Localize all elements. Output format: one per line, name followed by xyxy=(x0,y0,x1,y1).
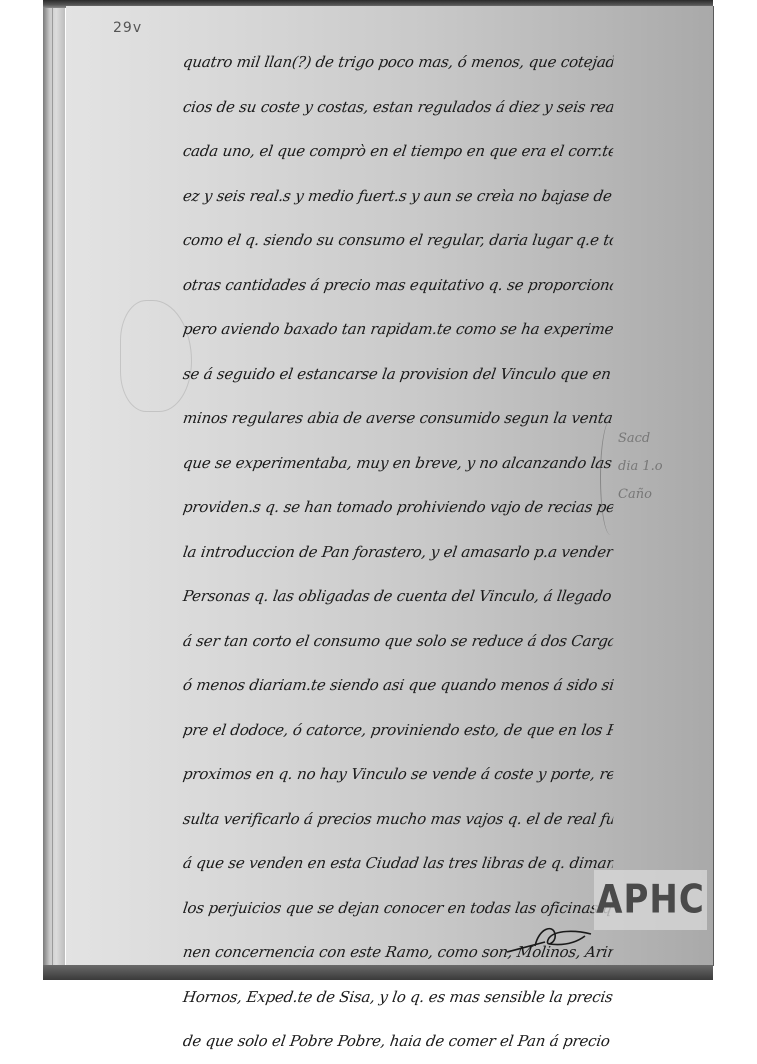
text-line: cios de su coste y costas, estan regulad… xyxy=(180,85,616,130)
manuscript-scan: 29v quatro mil llan(?) de trigo poco mas… xyxy=(0,0,757,980)
text-line: providen.s q. se han tomado prohiviendo … xyxy=(180,485,616,530)
text-line: cada uno, el que comprò en el tiempo en … xyxy=(180,129,616,174)
text-line: como el q. siendo su consumo el regular,… xyxy=(180,218,616,263)
page-bottom-edge xyxy=(43,965,713,980)
text-line: se á seguido el estancarse la provision … xyxy=(180,352,616,397)
margin-note-line: Caño xyxy=(618,481,688,509)
margin-note-line: Sacd xyxy=(618,425,688,453)
text-line: pero aviendo baxado tan rapidam.te como … xyxy=(180,307,616,352)
text-line: proximos en q. no hay Vinculo se vende á… xyxy=(180,752,616,797)
text-line: la introduccion de Pan forastero, y el a… xyxy=(180,530,616,575)
aphc-watermark: APHC xyxy=(594,870,707,930)
margin-note-line: dia 1.o xyxy=(618,453,688,481)
text-line: sulta verificarlo á precios mucho mas va… xyxy=(180,797,616,842)
text-line: minos regulares abia de averse consumido… xyxy=(180,396,616,441)
text-line: ó menos diariam.te siendo asi que quando… xyxy=(180,663,616,708)
margin-note: Sacd dia 1.o Caño xyxy=(618,425,688,509)
text-line: Personas q. las obligadas de cuenta del … xyxy=(180,574,616,619)
manuscript-text: quatro mil llan(?) de trigo poco mas, ó … xyxy=(183,40,613,980)
text-line: á que se venden en esta Ciudad las tres … xyxy=(180,841,616,886)
watermark-text: APHC xyxy=(596,877,705,923)
text-line: ez y seis real.s y medio fuert.s y aun s… xyxy=(180,174,616,219)
text-line: pre el dodoce, ó catorce, proviniendo es… xyxy=(180,708,616,753)
text-line: quatro mil llan(?) de trigo poco mas, ó … xyxy=(180,40,616,85)
rubric-flourish-icon xyxy=(505,918,595,958)
text-line: otras cantidades á precio mas equitativo… xyxy=(180,263,616,308)
text-line: á ser tan corto el consumo que solo se r… xyxy=(180,619,616,664)
folio-number: 29v xyxy=(113,20,142,36)
text-line: que se experimentaba, muy en breve, y no… xyxy=(180,441,616,486)
